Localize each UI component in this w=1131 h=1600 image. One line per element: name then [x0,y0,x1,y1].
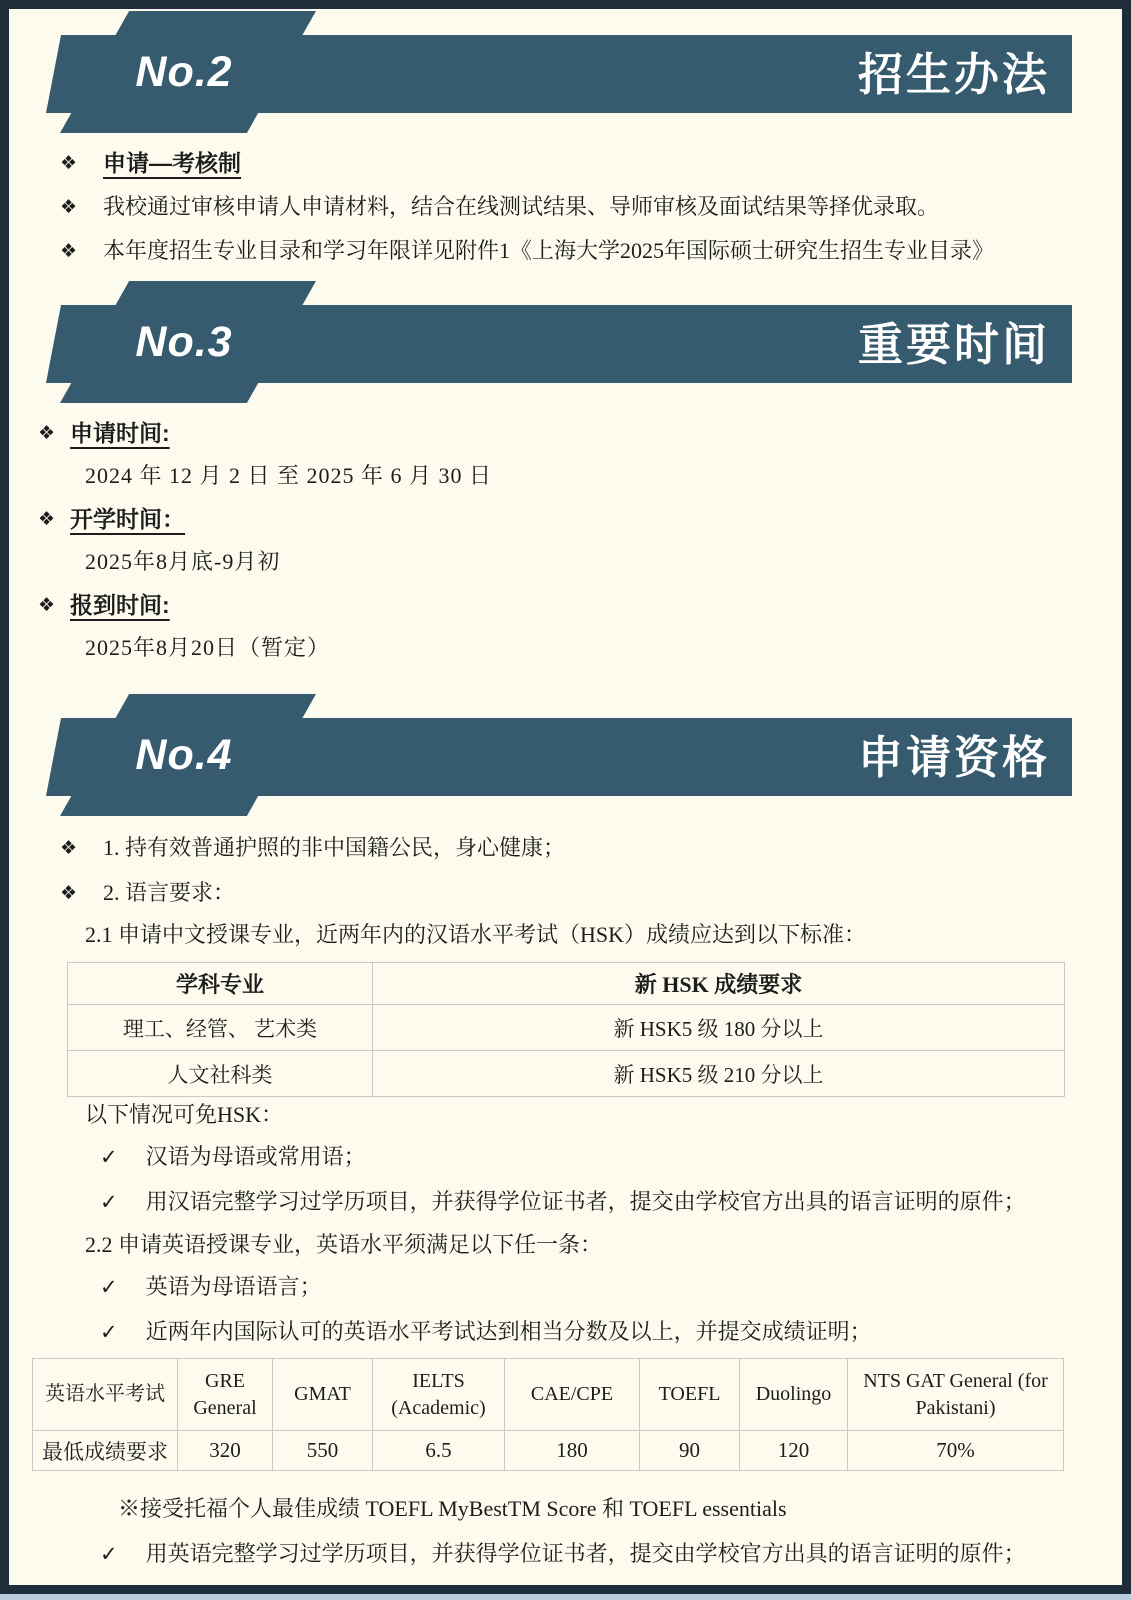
table-cell: 人文社科类 [68,1051,373,1097]
application-time-value: 2024 年 12 月 2 日 至 2025 年 6 月 30 日 [85,461,1122,491]
table-cell: 550 [273,1431,373,1471]
bullet-text: 本年度招生专业目录和学习年限详见附件1《上海大学2025年国际硕士研究生招生专业… [103,236,994,266]
diamond-bullet-icon: ❖ [60,148,77,178]
table-cell: 英语水平考试 [33,1359,178,1431]
diamond-bullet-icon: ❖ [38,504,55,534]
note-text: ※接受托福个人最佳成绩 TOEFL MyBestTM Score 和 TOEFL… [118,1494,787,1524]
eligibility-item-1: 1. 持有效普通护照的非中国籍公民，身心健康； [103,833,565,863]
table-cell: 6.5 [373,1431,505,1471]
check-item: ✓ 用汉语完整学习过学历项目，并获得学位证书者，提交由学校官方出具的语言证明的原… [100,1187,1122,1217]
bullet-item: ❖ 1. 持有效普通护照的非中国籍公民，身心健康； [60,833,1122,863]
date-text: 2025年8月20日（暂定） [85,633,330,663]
table-cell: NTS GAT General (for Pakistani) [848,1359,1064,1431]
diamond-bullet-icon: ❖ [60,192,77,222]
bullet-item: ❖ 我校通过审核申请人申请材料，结合在线测试结果、导师审核及面试结果等择优录取。 [60,192,1122,222]
banner-section-3: 重要时间 No.3 [9,279,1122,405]
check-item: ✓ 用英语完整学习过学历项目，并获得学位证书者，提交由学校官方出具的语言证明的原… [100,1539,1122,1569]
table-header-cell: 学科专业 [68,963,373,1005]
check-item: ✓ 近两年内国际认可的英语水平考试达到相当分数及以上，并提交成绩证明； [100,1317,1122,1347]
banner-number-badge: No.2 [60,11,316,133]
bullet-item: ❖ 开学时间： [38,504,1122,534]
table-header-cell: 新 HSK 成绩要求 [373,963,1065,1005]
check-text: 汉语为母语或常用语； [146,1142,366,1172]
registration-time-label: 报到时间: [70,590,170,620]
checkmark-icon: ✓ [100,1272,118,1302]
banner-title: 申请资格 [858,718,1072,796]
banner-number: No.2 [135,48,240,97]
diamond-bullet-icon: ❖ [60,833,77,863]
bullet-item: ❖ 申请时间: [38,418,1122,448]
admission-method-heading: 申请—考核制 [103,148,241,178]
banner-section-2: 招生办法 No.2 [9,9,1122,135]
diamond-bullet-icon: ❖ [60,236,77,266]
table-cell: 90 [640,1431,740,1471]
semester-start-label: 开学时间： [70,504,185,534]
paragraph-text: 以下情况可免HSK： [85,1100,283,1130]
table-cell: 最低成绩要求 [33,1431,178,1471]
toefl-note: ※接受托福个人最佳成绩 TOEFL MyBestTM Score 和 TOEFL… [118,1494,1122,1524]
diamond-bullet-icon: ❖ [38,418,55,448]
check-text: 英语为母语语言； [146,1272,322,1302]
check-text: 用汉语完整学习过学历项目，并获得学位证书者，提交由学校官方出具的语言证明的原件； [146,1187,1026,1217]
table-cell: 70% [848,1431,1064,1471]
eligibility-item-2: 2. 语言要求： [103,878,235,908]
table-cell: 理工、经管、 艺术类 [68,1005,373,1051]
banner-title: 重要时间 [858,305,1072,383]
table-cell: 320 [178,1431,273,1471]
bullet-item: ❖ 申请—考核制 [60,148,1122,178]
hsk-exemption-intro: 以下情况可免HSK： [85,1100,1122,1130]
checkmark-icon: ✓ [100,1142,118,1172]
diamond-bullet-icon: ❖ [60,878,77,908]
checkmark-icon: ✓ [100,1187,118,1217]
table-row: 最低成绩要求 320 550 6.5 180 90 120 70% [33,1431,1064,1471]
check-item: ✓ 英语为母语语言； [100,1272,1122,1302]
table-cell: TOEFL [640,1359,740,1431]
table-cell: CAE/CPE [505,1359,640,1431]
check-text: 近两年内国际认可的英语水平考试达到相当分数及以上，并提交成绩证明； [146,1317,872,1347]
paragraph-text: 2.2 申请英语授课专业，英语水平须满足以下任一条： [85,1230,602,1260]
check-text: 用英语完整学习过学历项目，并获得学位证书者，提交由学校官方出具的语言证明的原件； [146,1539,1026,1569]
bullet-text: 我校通过审核申请人申请材料，结合在线测试结果、导师审核及面试结果等择优录取。 [103,192,939,222]
table-cell: GRE General [178,1359,273,1431]
table-row: 人文社科类 新 HSK5 级 210 分以上 [68,1051,1065,1097]
check-item: ✓ 汉语为母语或常用语； [100,1142,1122,1172]
banner-number: No.3 [135,318,240,367]
paragraph-text: 2.1 申请中文授课专业，近两年内的汉语水平考试（HSK）成绩应达到以下标准： [85,920,866,950]
table-cell: 120 [740,1431,848,1471]
bullet-item: ❖ 2. 语言要求： [60,878,1122,908]
table-cell: Duolingo [740,1359,848,1431]
diamond-bullet-icon: ❖ [38,590,55,620]
bullet-item: ❖ 本年度招生专业目录和学习年限详见附件1《上海大学2025年国际硕士研究生招生… [60,236,1122,266]
table-cell: 新 HSK5 级 210 分以上 [373,1051,1065,1097]
table-cell: 180 [505,1431,640,1471]
bullet-item: ❖ 报到时间: [38,590,1122,620]
banner-section-4: 申请资格 No.4 [9,692,1122,818]
english-language-requirement-para: 2.2 申请英语授课专业，英语水平须满足以下任一条： [85,1230,1122,1260]
banner-title: 招生办法 [858,35,1072,113]
document-page: 招生办法 No.2 ❖ 申请—考核制 ❖ 我校通过审核申请人申请材料，结合在线测… [0,0,1131,1594]
application-time-label: 申请时间: [70,418,170,448]
table-header-row: 英语水平考试 GRE General GMAT IELTS (Academic)… [33,1359,1064,1431]
english-test-requirements-table: 英语水平考试 GRE General GMAT IELTS (Academic)… [32,1358,1064,1471]
table-header-row: 学科专业 新 HSK 成绩要求 [68,963,1065,1005]
checkmark-icon: ✓ [100,1539,118,1569]
table-row: 理工、经管、 艺术类 新 HSK5 级 180 分以上 [68,1005,1065,1051]
chinese-language-requirement-para: 2.1 申请中文授课专业，近两年内的汉语水平考试（HSK）成绩应达到以下标准： [85,920,1122,950]
table-cell: 新 HSK5 级 180 分以上 [373,1005,1065,1051]
banner-number-badge: No.4 [60,694,316,816]
banner-number-badge: No.3 [60,281,316,403]
table-cell: IELTS (Academic) [373,1359,505,1431]
date-text: 2025年8月底-9月初 [85,547,280,577]
date-range-text: 2024 年 12 月 2 日 至 2025 年 6 月 30 日 [85,461,492,491]
registration-time-value: 2025年8月20日（暂定） [85,633,1122,663]
hsk-requirements-table: 学科专业 新 HSK 成绩要求 理工、经管、 艺术类 新 HSK5 级 180 … [67,962,1065,1097]
banner-number: No.4 [135,731,240,780]
semester-start-value: 2025年8月底-9月初 [85,547,1122,577]
table-cell: GMAT [273,1359,373,1431]
checkmark-icon: ✓ [100,1317,118,1347]
